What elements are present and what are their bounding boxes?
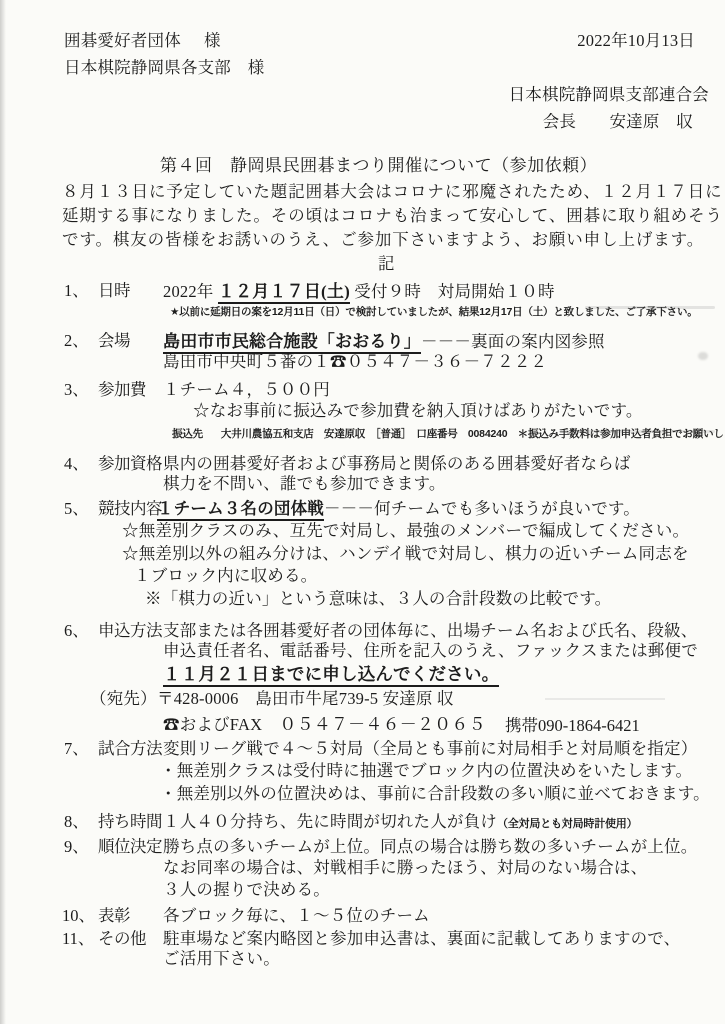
sender-name: 会長 安達原 収 <box>543 111 693 133</box>
time-limit-note: （全対局とも対局時計使用） <box>497 818 637 830</box>
item-6-row: 6、 申込方法 支部または各囲碁愛好者の団体毎に、出場チーム名および氏名、段級、 <box>0 617 725 641</box>
item-8-label: 持ち時間 <box>98 808 162 832</box>
fee-amount: １チーム４，５００円 <box>163 376 330 400</box>
destination-label: （宛先） <box>90 688 157 710</box>
application-deadline: １１月２１日までに申し込んでください。 <box>163 664 499 687</box>
other-line-1: 駐車場など案内略図と参加申込書は、裏面に記載してありますので、 <box>163 925 680 949</box>
item-11-label: その他 <box>98 925 146 949</box>
item-2-row: 2、 会場 島田市市民総合施設「おおるり」－－－裏面の案内図参照 <box>0 327 725 351</box>
item-5-content: １チーム３名の団体戦－－－何チームでも多いほうが良いです。 <box>157 495 640 519</box>
match-method-line-1: 変則リーグ戦で４～５対局（全局とも事前に対局相手と対局順を指定） <box>163 735 697 759</box>
item-4-label: 参加資格 <box>98 450 162 474</box>
ranking-line-3: ３人の握りで決める。 <box>163 879 330 901</box>
record-mark: 記 <box>378 253 395 275</box>
item-1-number: 1、 <box>64 277 89 301</box>
application-line-1: 支部または各囲碁愛好者の団体毎に、出場チーム名および氏名、段級、 <box>163 617 697 641</box>
item-9-label: 順位決定 <box>98 833 162 857</box>
item-2-number: 2、 <box>64 327 89 351</box>
venue-address-line: 島田市中央町５番の１☎０５４７－３６－７２２２ <box>163 351 547 373</box>
bank-details: 大井川農協五和支店 安達原収 ［普通］ 口座番号 0084240 ＊振込み手数料… <box>221 428 725 440</box>
item-6-number: 6、 <box>64 617 89 641</box>
item-1-row: 1、 日時 2022年 １２月１７日(土) 受付９時 対局開始１０時 <box>0 277 725 301</box>
bank-label: 振込先 <box>172 428 203 440</box>
phone-fax-label: およびFAX <box>180 715 262 734</box>
intro-line-1: ８月１３日に予定していた題記囲碁大会はコロナに邪魔されたため、１２月１７日に <box>62 181 723 203</box>
venue-map-note: －－－裏面の案内図参照 <box>421 332 605 351</box>
item-8-row: 8、 持ち時間 １人４０分持ち、先に時間が切れた人が負け（全対局とも対局時計使用… <box>0 808 725 832</box>
item-5-row: 5、 競技内容 １チーム３名の団体戦－－－何チームでも多いほうが良いです。 <box>0 495 725 519</box>
item-3-row: 3、 参加費 １チーム４，５００円 <box>0 376 725 400</box>
awards-text: 各ブロック毎に、１～５位のチーム <box>163 902 430 926</box>
item-11-row: 11、 その他 駐車場など案内略図と参加申込書は、裏面に記載してありますので、 <box>0 925 725 949</box>
item-6-label: 申込方法 <box>98 617 162 641</box>
format-note-2: ☆無差別以外の組み分けは、ハンデイ戦で対局し、棋力の近いチーム同志を <box>122 543 689 565</box>
item-10-row: 10、 表彰 各ブロック毎に、１～５位のチーム <box>0 902 725 926</box>
match-method-bullet-2: ・無差別以外の位置決めは、事前に合計段数の多い順に並べておきます。 <box>160 783 710 805</box>
venue-address: 島田市中央町５番の１ <box>163 352 330 371</box>
item-8-number: 8、 <box>64 808 89 832</box>
item-5-label: 競技内容 <box>98 495 162 519</box>
date-change-note: ★以前に延期日の案を12月11日（日）で検討していましたが、結果12月17日（土… <box>170 305 698 319</box>
team-format: １チーム３名の団体戦 <box>157 499 324 521</box>
format-note-3: ※「棋力の近い」という意味は、３人の合計段数の比較です。 <box>145 588 611 610</box>
item-2-label: 会場 <box>98 327 130 351</box>
item-4-number: 4、 <box>64 450 89 474</box>
recipient-1-name: 囲碁愛好者団体 <box>64 31 181 50</box>
event-date: １２月１７日(土) <box>218 282 350 304</box>
item-7-number: 7、 <box>64 735 89 759</box>
document-title: 第４回 静岡県民囲碁まつり開催について（参加依頼） <box>160 155 597 177</box>
recipient-line-1: 囲碁愛好者団体 <box>64 30 181 52</box>
item-9-row: 9、 順位決定 勝ち点の多いチームが上位。同点の場合は勝ち数の多いチームが上位。 <box>0 833 725 857</box>
sender-organization: 日本棋院静岡県支部連合会 <box>509 84 709 106</box>
item-8-content: １人４０分持ち、先に時間が切れた人が負け（全対局とも対局時計使用） <box>163 808 637 832</box>
eligibility-line-1: 県内の囲碁愛好者および事務局と関係のある囲碁愛好者ならば <box>163 450 631 474</box>
item-1-content: 2022年 １２月１７日(土) 受付９時 対局開始１０時 <box>163 277 555 302</box>
item-7-row: 7、 試合方法 変則リーグ戦で４～５対局（全局とも事前に対局相手と対局順を指定） <box>0 735 725 759</box>
destination-phone-group: ☎およびFAX ０５４７－４６－２０６５ <box>163 710 486 735</box>
application-line-2: 申込責任者名、電話番号、住所を記入のうえ、ファックスまたは郵便で <box>163 640 698 662</box>
destination-address-line: 〒428-0006 島田市牛尾739-5 安達原 収 <box>157 688 454 710</box>
application-deadline-line: １１月２１日までに申し込んでください。 <box>163 663 499 686</box>
item-4-row: 4、 参加資格 県内の囲碁愛好者および事務局と関係のある囲碁愛好者ならば <box>0 450 725 474</box>
item-3-label: 参加費 <box>98 376 146 400</box>
destination-phone: ０５４７－４６－２０６５ <box>262 715 486 734</box>
postal-mark-icon: 〒 <box>157 689 174 708</box>
item-1-label: 日時 <box>98 277 130 301</box>
item-7-label: 試合方法 <box>98 735 162 759</box>
phone-icon: ☎ <box>330 352 347 371</box>
time-limit-text: １人４０分持ち、先に時間が切れた人が負け <box>163 812 497 831</box>
scan-artifact <box>698 352 708 360</box>
item-5-number: 5、 <box>64 495 89 519</box>
destination-phone-line: ☎およびFAX ０５４７－４６－２０６５ 携帯090-1864-6421 <box>0 710 725 734</box>
eligibility-line-2: 棋力を不問い、誰でも参加できます。 <box>163 473 446 495</box>
ranking-line-2: なお同率の場合は、対戦相手に勝ったほう、対局のない場合は、 <box>163 857 647 879</box>
scan-artifact <box>545 698 665 700</box>
team-format-note: －－－何チームでも多いほうが良いです。 <box>324 499 640 518</box>
phone-icon: ☎ <box>163 715 180 734</box>
item-3-number: 3、 <box>64 376 89 400</box>
recipient-line-2: 日本棋院静岡県各支部 様 <box>64 57 264 79</box>
other-line-2: ご活用下さい。 <box>163 948 280 970</box>
intro-line-2: 延期する事になりました。その頃はコロナも治まって安心して、囲碁に取り組めそう <box>62 205 723 227</box>
item-11-number: 11、 <box>62 925 94 949</box>
bank-transfer-line: 振込先大井川農協五和支店 安達原収 ［普通］ 口座番号 0084240 ＊振込み… <box>172 427 725 441</box>
fee-transfer-note: ☆なお事前に振込みで参加費を納入頂けばありがたいです。 <box>193 400 643 422</box>
destination-mobile: 携帯090-1864-6421 <box>505 712 640 736</box>
destination-zip: 428-0006 <box>174 689 239 708</box>
event-year: 2022年 <box>163 282 218 301</box>
intro-line-3: です。棋友の皆様をお誘いのうえ、ご参加下さいますよう、お願い申し上げます。 <box>62 229 704 251</box>
destination-address: 島田市牛尾739-5 安達原 収 <box>239 689 454 708</box>
scanned-document-page: 囲碁愛好者団体 様 2022年10月13日 日本棋院静岡県各支部 様 日本棋院静… <box>0 0 725 1024</box>
event-time: 受付９時 対局開始１０時 <box>350 282 555 301</box>
match-method-bullet-1: ・無差別クラスは受付時に抽選でブロック内の位置決めをいたします。 <box>160 760 692 782</box>
item-10-number: 10、 <box>62 902 95 926</box>
format-note-2b: １ブロック内に収める。 <box>134 565 317 587</box>
venue-phone: ０５４７－３６－７２２２ <box>347 352 547 371</box>
item-2-content: 島田市市民総合施設「おおるり」－－－裏面の案内図参照 <box>163 327 605 352</box>
format-note-1: ☆無差別クラスのみ、互先で対局し、最強のメンバーで編成してください。 <box>122 520 689 542</box>
recipient-1-honorific: 様 <box>204 30 221 52</box>
item-10-label: 表彰 <box>98 902 130 926</box>
document-date: 2022年10月13日 <box>577 30 695 52</box>
item-9-number: 9、 <box>64 833 89 857</box>
ranking-line-1: 勝ち点の多いチームが上位。同点の場合は勝ち数の多いチームが上位。 <box>163 833 697 857</box>
